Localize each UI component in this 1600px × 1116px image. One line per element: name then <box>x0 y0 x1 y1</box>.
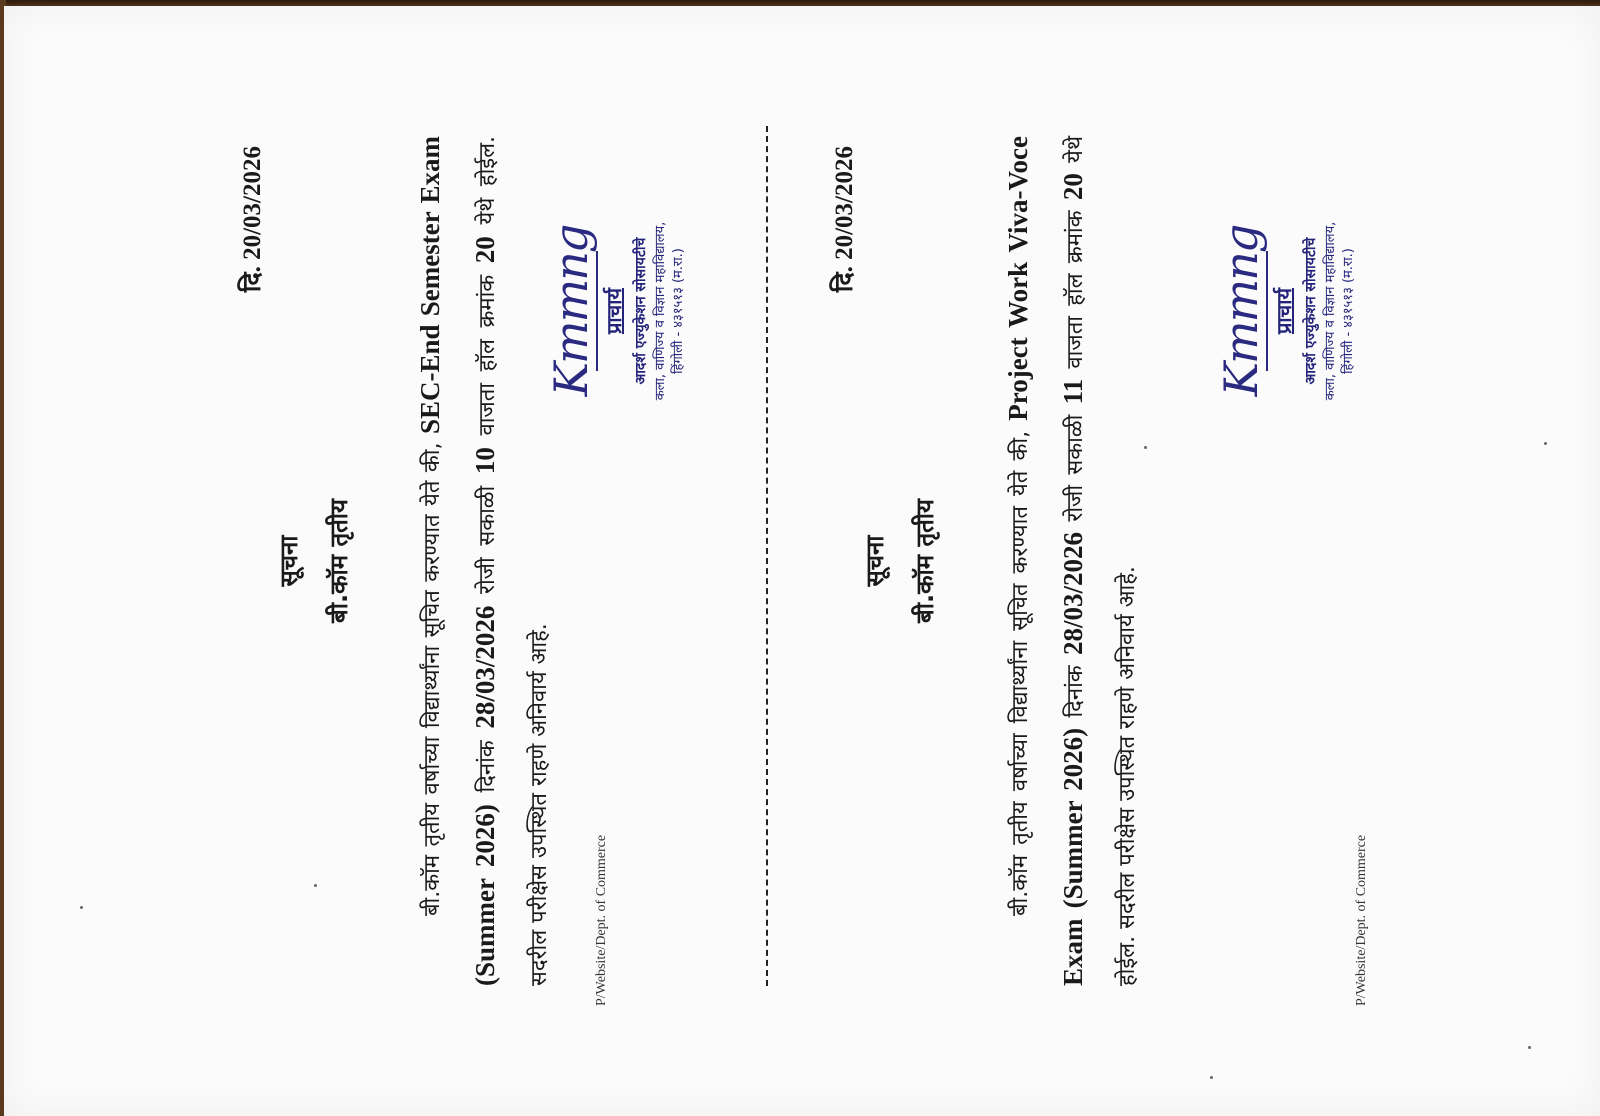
body-text: रोजी सकाळी <box>1063 404 1088 532</box>
scan-speck <box>80 906 83 909</box>
notice-title: सूचना <box>858 6 891 1116</box>
notice-date: दि. 20/03/2026 <box>826 146 860 292</box>
org-line-2: कला, वाणिज्य व विज्ञान महाविद्यालय, <box>650 146 668 476</box>
body-text: वाजता हॉल क्रमांक <box>1063 200 1088 379</box>
body-text: दिनांक <box>475 729 500 804</box>
signatory-role: प्राचार्य <box>600 146 627 476</box>
hall-number: 20 <box>1058 173 1088 200</box>
scan-speck <box>1528 1046 1531 1049</box>
notice-viva-exam: दि. 20/03/2026 सूचना बी.कॉम तृतीय बी.कॉम… <box>774 6 1600 1116</box>
body-text: वाजता हॉल क्रमांक <box>475 263 500 447</box>
org-line-2: कला, वाणिज्य व विज्ञान महाविद्यालय, <box>1320 146 1338 476</box>
signature: Kmmng <box>1214 146 1266 476</box>
exam-date: 28/03/2026 <box>470 606 500 729</box>
notice-class: बी.कॉम तृतीय <box>322 6 355 1116</box>
exam-time: 11 <box>1058 379 1088 405</box>
rotated-page: दि. 20/03/2026 सूचना बी.कॉम तृतीय बी.कॉम… <box>4 6 1600 1116</box>
notice-class: बी.कॉम तृतीय <box>908 6 941 1116</box>
signature-block: Kmmng प्राचार्य आदर्श एज्युकेशन सोसायटीच… <box>1214 146 1356 476</box>
copy-to: P/Website/Dept. of Commerce <box>594 835 610 1006</box>
signature-block: Kmmng प्राचार्य आदर्श एज्युकेशन सोसायटीच… <box>544 146 686 476</box>
scan-speck <box>1210 1076 1213 1079</box>
org-line-3: हिंगोली - ४३१५१३ (म.रा.) <box>1338 146 1356 476</box>
body-text: रोजी सकाळी <box>475 474 500 606</box>
org-line-1: आदर्श एज्युकेशन सोसायटीचे <box>1301 146 1320 476</box>
scan-speck <box>1144 446 1147 449</box>
hall-number: 20 <box>470 236 500 263</box>
signatory-role: प्राचार्य <box>1270 146 1297 476</box>
scan-speck <box>1544 442 1547 445</box>
notice-sec-exam: दि. 20/03/2026 सूचना बी.कॉम तृतीय बी.कॉम… <box>4 6 774 1116</box>
copy-to: P/Website/Dept. of Commerce <box>1354 835 1370 1006</box>
exam-time: 10 <box>470 447 500 474</box>
notice-body: बी.कॉम तृतीय वर्षाच्या विद्यार्थ्यांना स… <box>992 136 1154 986</box>
org-line-1: आदर्श एज्युकेशन सोसायटीचे <box>631 146 650 476</box>
paper-sheet: दि. 20/03/2026 सूचना बी.कॉम तृतीय बी.कॉम… <box>4 6 1600 1116</box>
exam-date: 28/03/2026 <box>1058 532 1088 655</box>
body-text: दिनांक <box>1063 655 1088 728</box>
notice-date: दि. 20/03/2026 <box>234 146 268 292</box>
notice-body: बी.कॉम तृतीय वर्षाच्या विद्यार्थ्यांना स… <box>404 136 566 986</box>
scan-speck <box>314 884 317 887</box>
body-prefix: बी.कॉम तृतीय वर्षाच्या विद्यार्थ्यांना स… <box>1008 421 1033 916</box>
dashed-divider <box>766 126 768 986</box>
org-line-3: हिंगोली - ४३१५१३ (म.रा.) <box>668 146 686 476</box>
notice-title: सूचना <box>272 6 305 1116</box>
signature: Kmmng <box>544 146 596 476</box>
body-prefix: बी.कॉम तृतीय वर्षाच्या विद्यार्थ्यांना स… <box>420 434 445 916</box>
